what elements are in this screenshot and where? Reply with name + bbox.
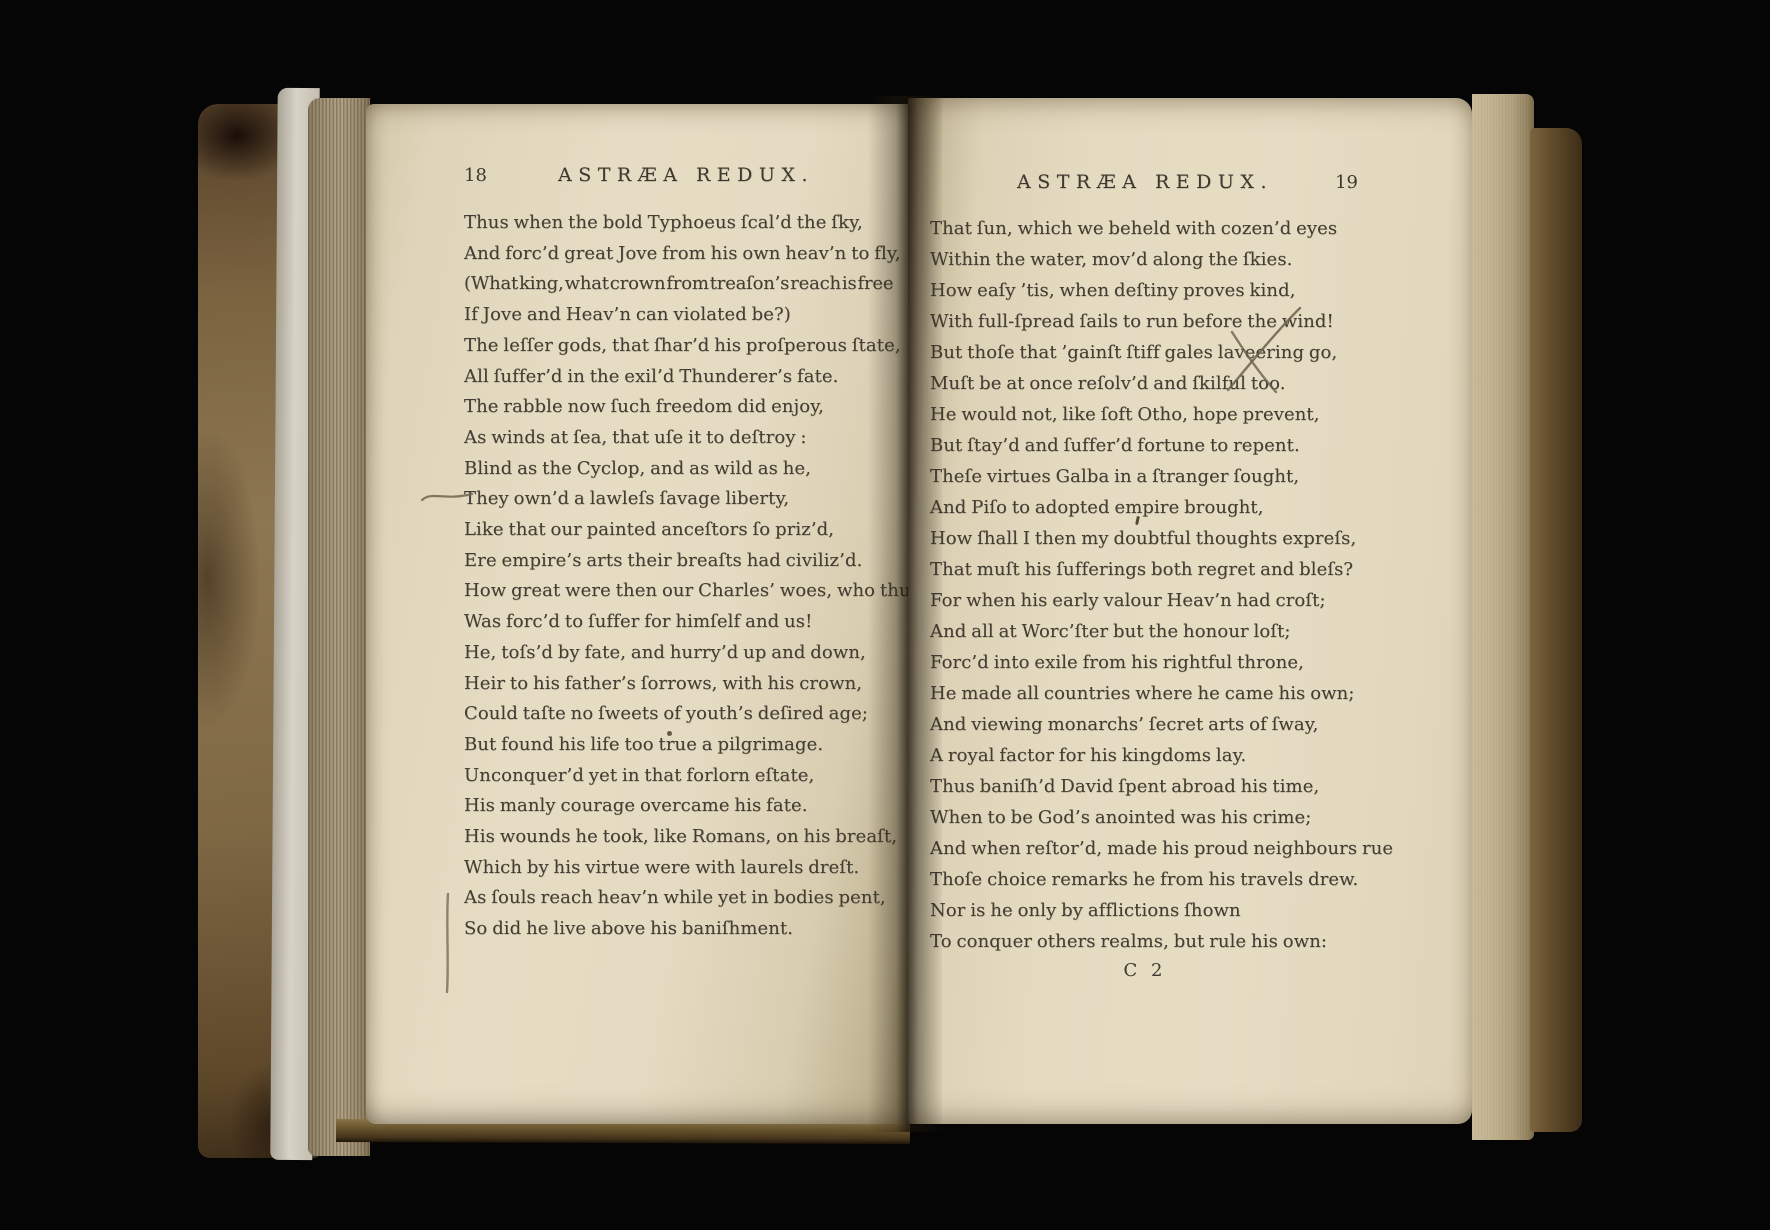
poem-line: And viewing monarchs’ ſecret arts of ſwa… [930, 709, 1360, 740]
right-page-poem: That ſun, which we beheld with cozen’d e… [930, 213, 1360, 957]
poem-line: His wounds he took, like Romans, on his … [464, 822, 908, 853]
poem-line: Forc’d into exile from his rightful thro… [930, 647, 1360, 678]
poem-line: But ſtay’d and ſuffer’d fortune to repen… [930, 430, 1360, 461]
poem-line: He made all countries where he came his … [930, 678, 1360, 709]
left-page: 18 ASTRÆA REDUX. Thus when the bold Typh… [366, 104, 908, 1124]
poem-line: Nor is he only by afflictions ſhown [930, 895, 1360, 926]
right-page-number: 19 [1335, 172, 1358, 193]
poem-line: And Piſo to adopted empire brought, [930, 492, 1360, 523]
poem-line: With full-ſpread ſails to run before the… [930, 306, 1360, 337]
poem-line: Which by his virtue were with laurels dr… [464, 853, 908, 884]
left-page-poem: Thus when the bold Typhoeus ſcal’d the ſ… [464, 208, 908, 945]
poem-line: And when reſtor’d, made his proud neighb… [930, 833, 1360, 864]
poem-line: Unconquer’d yet in that forlorn eſtate, [464, 761, 908, 792]
poem-line: Within the water, mov’d along the ſkies. [930, 244, 1360, 275]
poem-line: If Jove and Heav’n can violated be?) [464, 300, 908, 331]
right-page: ASTRÆA REDUX. 19 That ſun, which we behe… [908, 98, 1472, 1124]
poem-line: How eaſy ’tis, when deſtiny proves kind, [930, 275, 1360, 306]
right-running-title: ASTRÆA REDUX. [930, 171, 1360, 193]
poem-line: How ſhall I then my doubtful thoughts ex… [930, 523, 1360, 554]
poem-line: That muſt his ſufferings both regret and… [930, 554, 1360, 585]
poem-line: Thus when the bold Typhoeus ſcal’d the ſ… [464, 208, 908, 239]
right-fore-edge [1472, 94, 1534, 1140]
signature-mark: C 2 [930, 960, 1360, 981]
poem-line: Muſt be at once reſolv’d and ſkilful too… [930, 368, 1360, 399]
poem-line: Heir to his father’s ſorrows, with his c… [464, 669, 908, 700]
left-page-header: 18 ASTRÆA REDUX. [464, 164, 908, 188]
poem-line: All ſuffer’d in the exil’d Thunderer’s f… [464, 362, 908, 393]
left-page-edges [308, 98, 370, 1156]
poem-line: Theſe virtues Galba in a ſtranger ſought… [930, 461, 1360, 492]
poem-line: A royal factor for his kingdoms lay. [930, 740, 1360, 771]
poem-line: Thoſe choice remarks he from his travels… [930, 864, 1360, 895]
poem-line: But found his life too true a pilgrimage… [464, 730, 908, 761]
poem-line: Was forc’d to ſuffer for himſelf and us! [464, 607, 908, 638]
poem-line: (What king, what crown from treaſon’s re… [464, 269, 908, 300]
poem-line: But thoſe that ’gainſt ſtiff gales lavee… [930, 337, 1360, 368]
left-page-number: 18 [464, 165, 487, 186]
poem-line: And forc’d great Jove from his own heav’… [464, 239, 908, 270]
poem-line: They own’d a lawleſs ſavage liberty, [464, 484, 908, 515]
poem-line: The leſſer gods, that ſhar’d his proſper… [464, 331, 908, 362]
poem-line: He, toſs’d by fate, and hurry’d up and d… [464, 638, 908, 669]
poem-line: And all at Worc’ſter but the honour loſt… [930, 616, 1360, 647]
poem-line: Could taſte no ſweets of youth’s deſired… [464, 699, 908, 730]
gutter-shadow [868, 96, 942, 1132]
poem-line: Thus baniſh’d David ſpent abroad his tim… [930, 771, 1360, 802]
poem-line: The rabble now ſuch freedom did enjoy, [464, 392, 908, 423]
poem-line: His manly courage overcame his fate. [464, 791, 908, 822]
poem-line: As ſouls reach heav’n while yet in bodie… [464, 883, 908, 914]
right-book-cover [1530, 128, 1582, 1132]
poem-line: How great were then our Charles’ woes, w… [464, 576, 908, 607]
poem-line: Blind as the Cyclop, and as wild as he, [464, 454, 908, 485]
poem-line: He would not, like ſoft Otho, hope preve… [930, 399, 1360, 430]
right-page-header: ASTRÆA REDUX. 19 [930, 171, 1360, 195]
poem-line: That ſun, which we beheld with cozen’d e… [930, 213, 1360, 244]
open-book-photograph: 18 ASTRÆA REDUX. Thus when the bold Typh… [0, 0, 1770, 1230]
poem-line: Ere empire’s arts their breaſts had civi… [464, 546, 908, 577]
poem-line: As winds at ſea, that uſe it to deſtroy … [464, 423, 908, 454]
poem-line: To conquer others realms, but rule his o… [930, 926, 1360, 957]
poem-line: So did he live above his baniſhment. [464, 914, 908, 945]
left-running-title: ASTRÆA REDUX. [464, 164, 908, 186]
poem-line: For when his early valour Heav’n had cro… [930, 585, 1360, 616]
poem-line: When to be God’s anointed was his crime; [930, 802, 1360, 833]
poem-line: Like that our painted anceſtors ſo priz’… [464, 515, 908, 546]
